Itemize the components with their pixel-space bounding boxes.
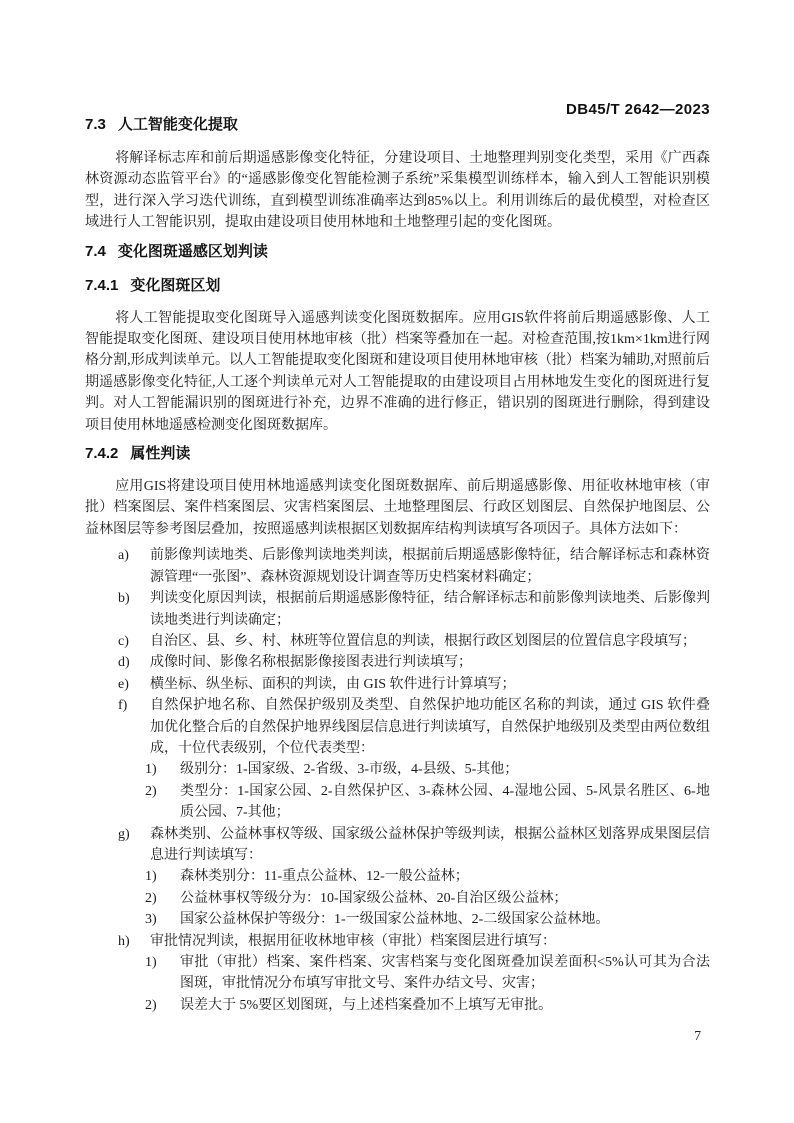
sub-item-2: 2)公益林事权等级分为：10-国家级公益林、20-自治区级公益林；: [85, 888, 710, 909]
list-item-text: 判读变化原因判读，根据前后期遥感影像特征，结合解译标志和前影像判读地类、后影像判…: [150, 588, 710, 631]
sub-item-2: 2)类型分：1-国家公园、2-自然保护区、3-森林公园、4-湿地公园、5-风景名…: [85, 781, 710, 824]
list-item-text: 公益林事权等级分为：10-国家级公益林、20-自治区级公益林；: [180, 888, 710, 909]
heading-title: 人工智能变化提取: [118, 116, 238, 133]
paragraph: 应用GIS将建设项目使用林地遥感判读变化图斑数据库、前后期遥感影像、用征收林地审…: [85, 476, 710, 540]
list-item-label: 3): [145, 909, 180, 930]
list-item-text: 审批情况判读，根据用征收林地审核（审批）档案图层进行填写：: [150, 931, 710, 952]
list-item-c: c)自治区、县、乡、村、林班等位置信息的判读，根据行政区划图层的位置信息字段填写…: [85, 631, 710, 652]
list-item-h: h)审批情况判读，根据用征收林地审核（审批）档案图层进行填写：: [85, 931, 710, 952]
list-item-text: 审批（审批）档案、案件档案、灾害档案与变化图斑叠加误差面积<5%认可其为合法图斑…: [180, 952, 710, 995]
document-flow: 7.3人工智能变化提取将解译标志库和前后期遥感影像变化特征，分建设项目、土地整理…: [85, 114, 710, 1016]
list-item-label: d): [118, 652, 150, 673]
heading-number: 7.4: [85, 243, 106, 260]
list-item-label: a): [118, 545, 150, 588]
list-item-e: e)横坐标、纵坐标、面积的判读，由 GIS 软件进行计算填写；: [85, 674, 710, 695]
sub-item-2: 2)误差大于 5%要区划图斑，与上述档案叠加不上填写无审批。: [85, 995, 710, 1016]
list-item-text: 前影像判读地类、后影像判读地类判读，根据前后期遥感影像特征，结合解译标志和森林资…: [150, 545, 710, 588]
list-item-label: 2): [145, 781, 180, 824]
list-item-g: g)森林类别、公益林事权等级、国家级公益林保护等级判读，根据公益林区划落界成果图…: [85, 824, 710, 867]
page-number: 7: [694, 1028, 701, 1044]
section-heading-7.3: 7.3人工智能变化提取: [85, 114, 710, 136]
heading-title: 属性判读: [130, 445, 190, 462]
paragraph: 将人工智能提取变化图斑导入遥感判读变化图斑数据库。应用GIS软件将前后期遥感影像…: [85, 308, 710, 436]
list-item-f: f)自然保护地名称、自然保护级别及类型、自然保护地功能区名称的判读，通过 GIS…: [85, 695, 710, 759]
list-item-label: 2): [145, 888, 180, 909]
section-heading-7.4: 7.4变化图斑遥感区划判读: [85, 241, 710, 263]
section-heading-7.4.1: 7.4.1变化图斑区划: [85, 275, 710, 297]
sub-item-1: 1)审批（审批）档案、案件档案、灾害档案与变化图斑叠加误差面积<5%认可其为合法…: [85, 952, 710, 995]
list-item-text: 自治区、县、乡、村、林班等位置信息的判读，根据行政区划图层的位置信息字段填写；: [150, 631, 710, 652]
paragraph: 将解译标志库和前后期遥感影像变化特征，分建设项目、土地整理判别变化类型，采用《广…: [85, 148, 710, 234]
heading-number: 7.4.1: [85, 277, 118, 294]
section-heading-7.4.2: 7.4.2属性判读: [85, 443, 710, 465]
list-item-label: b): [118, 588, 150, 631]
heading-number: 7.3: [85, 116, 106, 133]
list-item-text: 横坐标、纵坐标、面积的判读，由 GIS 软件进行计算填写；: [150, 674, 710, 695]
heading-title: 变化图斑区划: [130, 277, 220, 294]
list-item-label: 1): [145, 952, 180, 995]
list-item-d: d)成像时间、影像名称根据影像接图表进行判读填写；: [85, 652, 710, 673]
sub-item-1: 1)森林类别分：11-重点公益林、12-一般公益林；: [85, 866, 710, 887]
list-item-label: 2): [145, 995, 180, 1016]
sub-item-3: 3)国家公益林保护等级分：1-一级国家公益林地、2-二级国家公益林地。: [85, 909, 710, 930]
list-item-label: f): [118, 695, 150, 759]
list-item-label: 1): [145, 759, 180, 780]
list-item-label: c): [118, 631, 150, 652]
list-item-text: 国家公益林保护等级分：1-一级国家公益林地、2-二级国家公益林地。: [180, 909, 710, 930]
list-item-b: b)判读变化原因判读，根据前后期遥感影像特征，结合解译标志和前影像判读地类、后影…: [85, 588, 710, 631]
list-item-label: e): [118, 674, 150, 695]
list-item-label: 1): [145, 866, 180, 887]
list-item-a: a)前影像判读地类、后影像判读地类判读，根据前后期遥感影像特征，结合解译标志和森…: [85, 545, 710, 588]
heading-title: 变化图斑遥感区划判读: [118, 243, 268, 260]
list-item-text: 级别分：1-国家级、2-省级、3-市级，4-县级、5-其他；: [180, 759, 710, 780]
list-item-text: 森林类别分：11-重点公益林、12-一般公益林；: [180, 866, 710, 887]
list-item-label: g): [118, 824, 150, 867]
list-item-text: 自然保护地名称、自然保护级别及类型、自然保护地功能区名称的判读，通过 GIS 软…: [150, 695, 710, 759]
list-item-text: 成像时间、影像名称根据影像接图表进行判读填写；: [150, 652, 710, 673]
list-item-text: 误差大于 5%要区划图斑，与上述档案叠加不上填写无审批。: [180, 995, 710, 1016]
sub-item-1: 1)级别分：1-国家级、2-省级、3-市级，4-县级、5-其他；: [85, 759, 710, 780]
list-item-text: 类型分：1-国家公园、2-自然保护区、3-森林公园、4-湿地公园、5-风景名胜区…: [180, 781, 710, 824]
list-item-text: 森林类别、公益林事权等级、国家级公益林保护等级判读，根据公益林区划落界成果图层信…: [150, 824, 710, 867]
document-page: DB45/T 2642—2023 7.3人工智能变化提取将解译标志库和前后期遥感…: [0, 0, 794, 1123]
list-item-label: h): [118, 931, 150, 952]
heading-number: 7.4.2: [85, 445, 118, 462]
